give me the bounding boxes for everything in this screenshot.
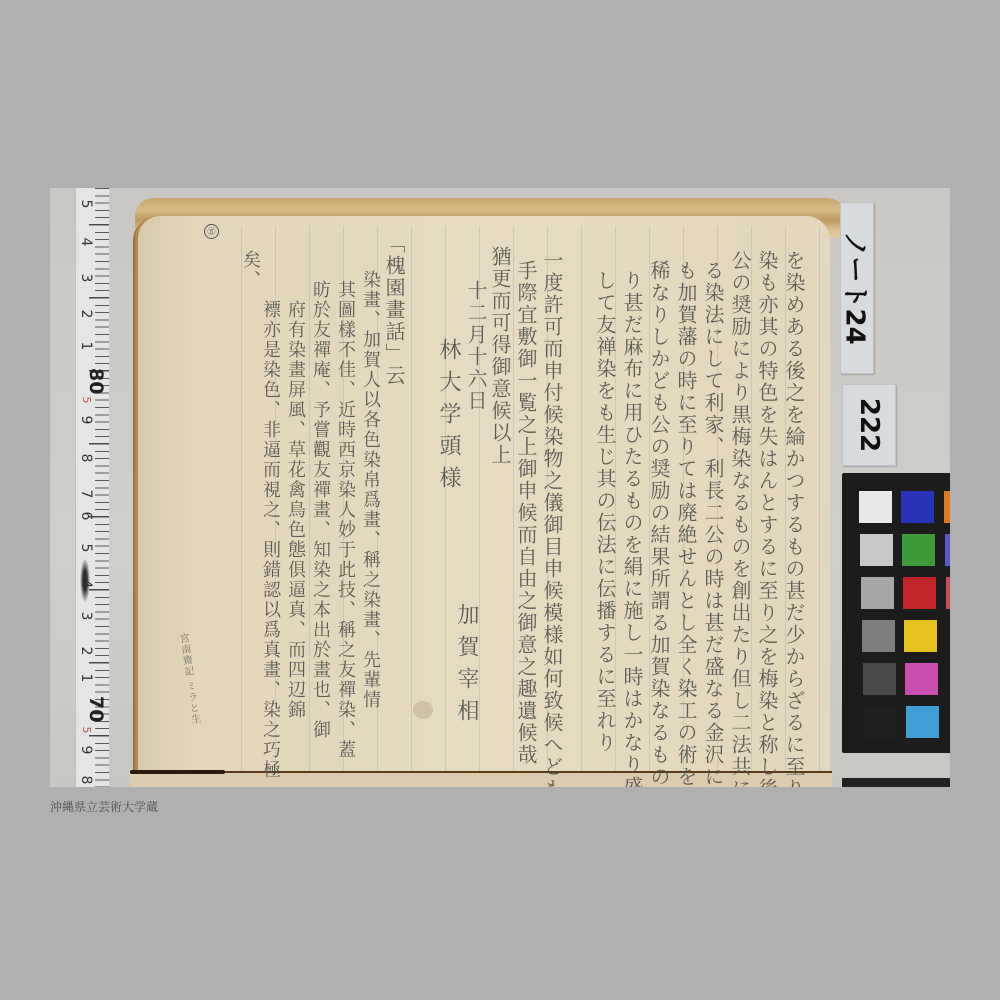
text-column: 手際宜敷御一覧之上御申候而自由之御意之趣遺候哉 <box>512 260 540 766</box>
ink-smudge <box>80 558 90 603</box>
gray-swatch <box>864 706 897 738</box>
chart-base <box>842 778 950 787</box>
ruler-number: 3 <box>78 608 94 624</box>
text-column: る染法にして利家、利長二公の時は甚だ盛なる金沢に行はれしと雖 <box>699 260 727 787</box>
gray-swatch <box>861 577 894 609</box>
addressee-column: 林大学頭様 <box>434 338 462 498</box>
ruler-number: 9 <box>78 742 94 758</box>
ruler-number: 1 <box>78 338 94 354</box>
gray-swatch <box>859 491 892 523</box>
ruler-number: 5 <box>78 722 94 738</box>
text-column: 褾亦是染色、非逼而視之、則錯認以爲真畫、染之巧極 <box>256 300 284 780</box>
ruler-number: 2 <box>78 643 94 659</box>
paper-stain <box>413 701 433 719</box>
ruler-number: 7 <box>78 486 94 502</box>
text-column: 稀なりしかども公の奨励の結果所謂る加賀染なるものの復興を見 <box>645 260 673 787</box>
blue-swatch <box>901 491 934 523</box>
signature-column: 加賀宰相 <box>452 603 480 731</box>
text-column: して友禅染をも生じ其の伝法に伝播するに至れり <box>591 270 619 754</box>
ruler-number: 8 <box>78 772 94 787</box>
ruler-number: 5 <box>78 540 94 556</box>
notebook-label-tag: ノート24 <box>840 202 874 374</box>
ruler-number: 6 <box>78 508 94 524</box>
text-column: も加賀藩の時に至りては廃絶せんとし全く染工の術を識るもの極めて <box>672 260 700 787</box>
photograph: 5 4 3 2 1 80 5 9 8 7 6 5 4 3 2 1 70 5 9 … <box>50 188 950 787</box>
gray-swatch <box>862 620 895 652</box>
yellow-swatch <box>904 620 937 652</box>
ruler-number: 2 <box>78 306 94 322</box>
cyan-swatch <box>906 706 939 738</box>
text-column: 一度許可而申付候染物之儀御目申候模様如何致候へども <box>538 250 566 787</box>
text-column: 染も亦其の特色を失はんとするに至り之を梅染と称し後ち利家 <box>753 250 781 787</box>
green-swatch <box>902 534 935 566</box>
magenta-swatch <box>905 663 938 695</box>
text-column: 公の奨励により黒梅染なるものを創出たり但し二法共に麻布に用ゆ <box>726 250 754 787</box>
gray-swatch <box>863 663 896 695</box>
ruler-number: 8 <box>78 450 94 466</box>
ruler-number: 3 <box>78 270 94 286</box>
date-column: 十二月十六日 <box>462 280 490 412</box>
ruler-number: 9 <box>78 412 94 428</box>
text-column: り甚だ麻布に用ひたるものを絹に施し一時はかなり盛んに行はれ而 <box>618 270 646 787</box>
violet-swatch <box>945 534 950 566</box>
orange-swatch <box>944 491 950 523</box>
ruler-number: 4 <box>78 234 94 250</box>
ruler-number: 5 <box>78 196 94 212</box>
measuring-ruler: 5 4 3 2 1 80 5 9 8 7 6 5 4 3 2 1 70 5 9 … <box>75 188 109 787</box>
text-column: 猶更而可得御意候以上 <box>486 246 514 466</box>
text-column: 矣、 <box>236 250 264 290</box>
ruler-number: 5 <box>78 392 94 408</box>
credit-caption: 沖縄県立芸術大学蔵 <box>50 798 158 815</box>
quote-title-column: 「槐園畫話」云 <box>380 233 408 387</box>
page-marker: ㊄ <box>204 224 219 239</box>
pink-swatch <box>946 577 950 609</box>
text-column: を染めある後之を綸かつするもの甚だ少からざるに至りたり甚だ加賀 <box>780 250 808 787</box>
ruler-number: 80 <box>68 368 104 384</box>
text-column: 其圖樣不佳、近時西京染人妙于此技、稱之友禪染、蓋 <box>331 280 359 760</box>
number-label-tag: 222 <box>842 384 896 466</box>
ruler-number: 1 <box>78 670 94 686</box>
text-column: 染畫、加賀人以各色染帛爲畫、稱之染畫、先輩情 <box>356 270 384 710</box>
ruler-number: 70 <box>68 696 104 712</box>
color-calibration-chart <box>842 473 950 753</box>
text-column: 府有染畫屏風、草花禽鳥色態俱逼真、而四辺錦 <box>281 300 309 720</box>
text-column: 昉於友禪庵、予嘗觀友禪畫、知染之本出於畫也、御 <box>306 280 334 740</box>
gray-swatch <box>860 534 893 566</box>
red-swatch <box>903 577 936 609</box>
